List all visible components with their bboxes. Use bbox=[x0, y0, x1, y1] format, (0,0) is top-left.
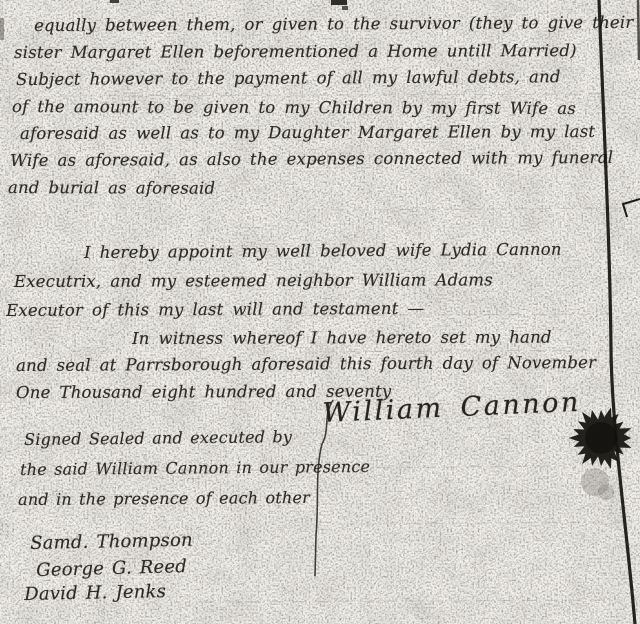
attestation-line: the said William Cannon in our presence bbox=[20, 457, 370, 479]
attestation-line: and in the presence of each other bbox=[18, 488, 310, 509]
witness-signature: David H. Jenks bbox=[24, 581, 166, 605]
attestation-line: Signed Sealed and executed by bbox=[24, 427, 292, 449]
will-text-line: Executrix, and my esteemed neighbor Will… bbox=[14, 270, 493, 291]
will-text-line: Subject however to the payment of all my… bbox=[16, 67, 561, 89]
will-text-line: sister Margaret Ellen beforementioned a … bbox=[14, 41, 577, 62]
edge-hook-mark bbox=[623, 199, 640, 217]
witness-signature: Samd. Thompson bbox=[30, 530, 193, 554]
page-edge-line bbox=[599, 0, 635, 624]
page-corner-mark bbox=[638, 0, 639, 60]
will-text-line: In witness whereof I have hereto set my … bbox=[132, 328, 552, 348]
scanned-will-page: equally between them, or given to the su… bbox=[0, 0, 640, 624]
will-text-line: and seal at Parrsborough aforesaid this … bbox=[16, 353, 596, 375]
will-text-line: I hereby appoint my well beloved wife Ly… bbox=[84, 240, 562, 262]
will-text-line: aforesaid as well as to my Daughter Marg… bbox=[20, 122, 595, 143]
will-text-line: and burial as aforesaid bbox=[8, 178, 215, 198]
will-text-line: equally between them, or given to the su… bbox=[34, 13, 633, 35]
witness-signature: George G. Reed bbox=[36, 556, 187, 581]
wax-seal-icon bbox=[568, 404, 638, 504]
will-text-line: Wife as aforesaid, as also the expenses … bbox=[10, 148, 613, 170]
scan-streaks bbox=[20, 94, 630, 602]
will-text-line: of the amount to be given to my Children… bbox=[12, 97, 576, 118]
will-text-line: Executor of this my last will and testam… bbox=[6, 299, 424, 320]
